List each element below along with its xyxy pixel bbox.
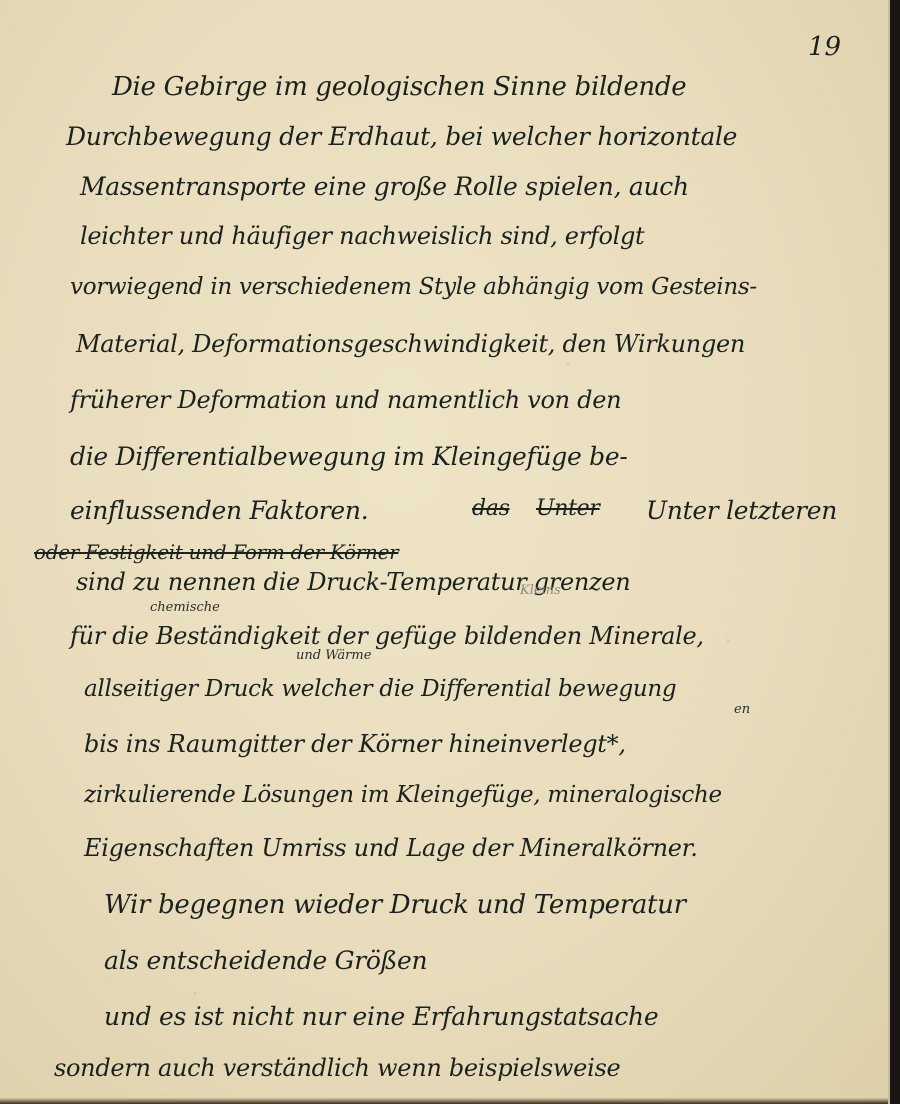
- manuscript-line: Durchbewegung der Erdhaut, bei welcher h…: [66, 122, 737, 151]
- manuscript-line: früherer Deformation und namentlich von …: [70, 386, 621, 414]
- interlinear-insertion: und Wärme: [296, 648, 371, 663]
- manuscript-line: die Differentialbewegung im Kleingefüge …: [70, 442, 627, 471]
- manuscript-line: Die Gebirge im geologischen Sinne bilden…: [112, 72, 686, 102]
- struck-out-text: Unter: [536, 496, 600, 521]
- manuscript-line: vorwiegend in verschiedenem Style abhäng…: [70, 274, 757, 300]
- manuscript-page: 19 Die Gebirge im geologischen Sinne bil…: [0, 0, 890, 1104]
- manuscript-line: sondern auch verständlich wenn beispiels…: [54, 1054, 620, 1082]
- manuscript-line: und es ist nicht nur eine Erfahrungstats…: [104, 1002, 658, 1031]
- manuscript-line: für die Beständigkeit der gefüge bildend…: [70, 622, 704, 650]
- manuscript-line: als entscheidende Größen: [104, 946, 427, 975]
- page-edge: [0, 1098, 888, 1104]
- manuscript-line: leichter und häufiger nachweislich sind,…: [80, 222, 644, 250]
- manuscript-line: zirkulierende Lösungen im Kleingefüge, m…: [84, 782, 722, 808]
- manuscript-line: Material, Deformationsgeschwindigkeit, d…: [76, 330, 745, 358]
- interlinear-insertion: chemische: [150, 600, 220, 615]
- struck-out-text: das: [472, 496, 510, 521]
- struck-out-text: oder Festigkeit und Form der Körner: [34, 540, 398, 564]
- manuscript-line: bis ins Raumgitter der Körner hineinverl…: [84, 730, 626, 758]
- manuscript-line: Unter letzteren: [646, 496, 837, 525]
- manuscript-line: einflussenden Faktoren.: [70, 496, 368, 525]
- manuscript-line: Eigenschaften Umriss und Lage der Minera…: [84, 834, 698, 862]
- manuscript-line: allseitiger Druck welcher die Differenti…: [84, 676, 676, 702]
- page-number: 19: [808, 32, 841, 62]
- manuscript-line: Massentransporte eine große Rolle spiele…: [80, 172, 689, 201]
- manuscript-line: Wir begegnen wieder Druck und Temperatur: [104, 890, 686, 920]
- interlinear-insertion: en: [734, 702, 750, 717]
- interlinear-insertion: Kleins: [520, 583, 561, 598]
